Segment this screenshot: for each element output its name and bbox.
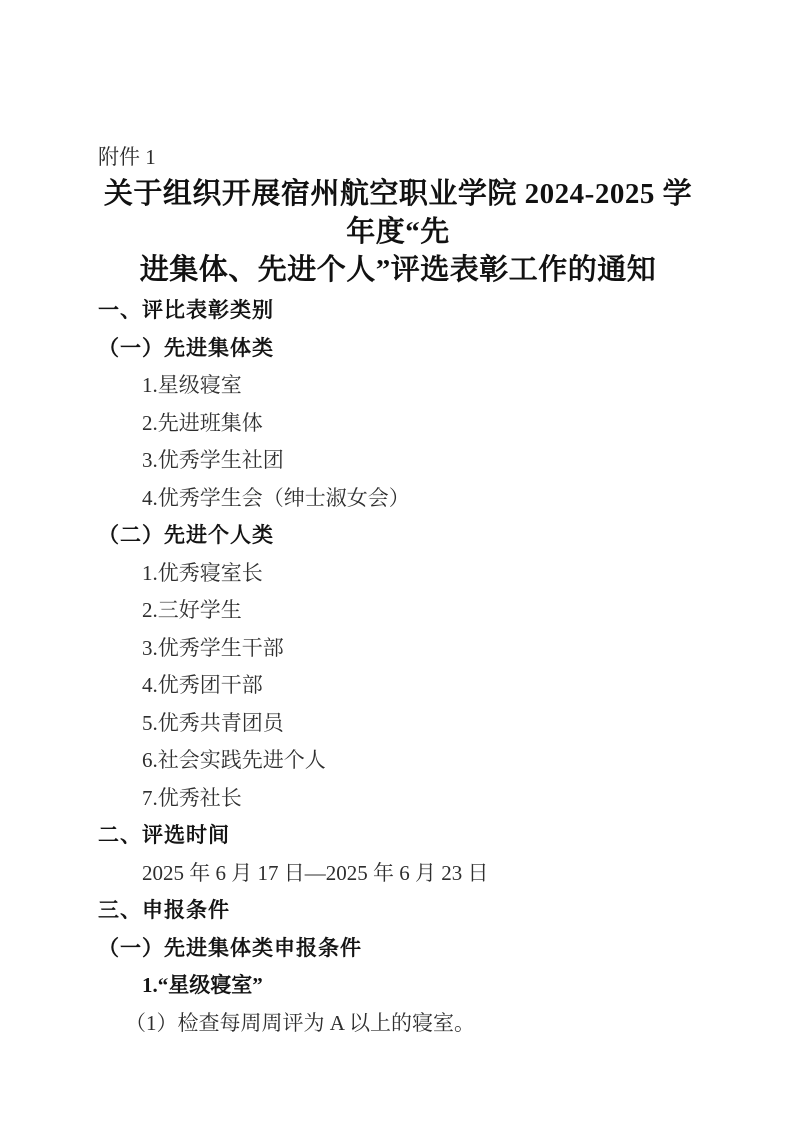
list-item: 3.优秀学生干部 bbox=[98, 630, 698, 668]
list-item-star-dormitory: 1.“星级寝室” bbox=[98, 967, 698, 1005]
document-title-line-2: 进集体、先进个人”评选表彰工作的通知 bbox=[98, 251, 698, 289]
list-item: 2.先进班集体 bbox=[98, 405, 698, 443]
list-item: 6.社会实践先进个人 bbox=[98, 742, 698, 780]
list-item: 4.优秀团干部 bbox=[98, 667, 698, 705]
list-item: 7.优秀社长 bbox=[98, 780, 698, 818]
subsection-heading-1-2: （二）先进个人类 bbox=[98, 517, 698, 555]
condition-item: （1）检查每周周评为 A 以上的寝室。 bbox=[98, 1005, 698, 1043]
selection-date-range: 2025 年 6 月 17 日—2025 年 6 月 23 日 bbox=[98, 855, 698, 893]
list-item: 5.优秀共青团员 bbox=[98, 705, 698, 743]
section-heading-2: 二、评选时间 bbox=[98, 817, 698, 855]
document-title: 关于组织开展宿州航空职业学院 2024-2025 学年度“先 进集体、先进个人”… bbox=[98, 175, 698, 289]
section-heading-3: 三、申报条件 bbox=[98, 892, 698, 930]
attachment-label: 附件 1 bbox=[98, 141, 698, 173]
subsection-heading-3-1: （一）先进集体类申报条件 bbox=[98, 930, 698, 968]
list-item: 3.优秀学生社团 bbox=[98, 442, 698, 480]
list-item: 1.优秀寝室长 bbox=[98, 555, 698, 593]
document-content: 附件 1 关于组织开展宿州航空职业学院 2024-2025 学年度“先 进集体、… bbox=[98, 141, 698, 1042]
document-page: 附件 1 关于组织开展宿州航空职业学院 2024-2025 学年度“先 进集体、… bbox=[0, 0, 793, 1122]
subsection-heading-1-1: （一）先进集体类 bbox=[98, 330, 698, 368]
document-title-line-1: 关于组织开展宿州航空职业学院 2024-2025 学年度“先 bbox=[98, 175, 698, 251]
list-item: 4.优秀学生会（绅士淑女会） bbox=[98, 480, 698, 518]
list-item: 2.三好学生 bbox=[98, 592, 698, 630]
document-body: 一、评比表彰类别 （一）先进集体类 1.星级寝室 2.先进班集体 3.优秀学生社… bbox=[98, 292, 698, 1042]
list-item: 1.星级寝室 bbox=[98, 367, 698, 405]
section-heading-1: 一、评比表彰类别 bbox=[98, 292, 698, 330]
